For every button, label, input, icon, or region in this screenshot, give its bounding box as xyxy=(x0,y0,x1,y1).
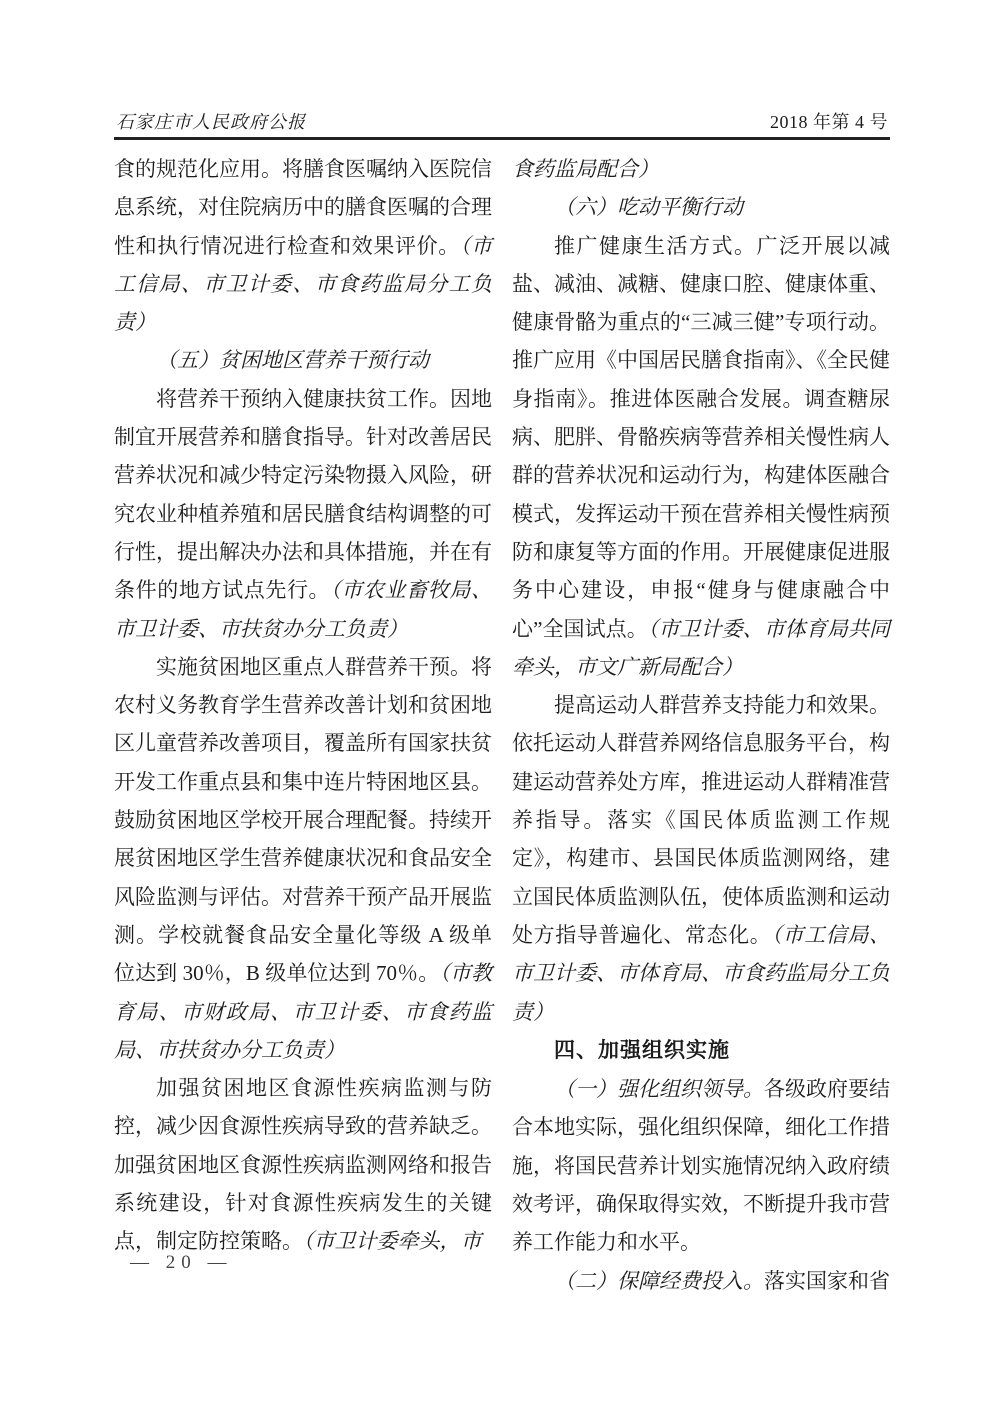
text-run-kai: （一）强化组织领导。 xyxy=(554,1077,764,1101)
page-number: — 20 — xyxy=(130,1252,233,1274)
page-header: 石家庄市人民政府公报 2018 年第 4 号 xyxy=(116,108,888,134)
paragraph: 食药监局配合） xyxy=(512,150,890,188)
text-columns: 食的规范化应用。将膳食医嘱纳入医院信息系统，对住院病历中的膳食医嘱的合理性和执行… xyxy=(114,150,890,1300)
paragraph: 实施贫困地区重点人群营养干预。将农村义务教育学生营养改善计划和贫困地区儿童营养改… xyxy=(114,648,492,1069)
text-run-song: 将营养干预纳入健康扶贫工作。因地制宜开展营养和膳食指导。针对改善居民营养状况和减… xyxy=(114,387,492,602)
section-heading: （五）贫困地区营养干预行动 xyxy=(114,341,492,379)
paragraph: 将营养干预纳入健康扶贫工作。因地制宜开展营养和膳食指导。针对改善居民营养状况和减… xyxy=(114,380,492,648)
paragraph: 推广健康生活方式。广泛开展以减盐、减油、减糖、健康口腔、健康体重、健康骨骼为重点… xyxy=(512,227,890,687)
paragraph: 食的规范化应用。将膳食医嘱纳入医院信息系统，对住院病历中的膳食医嘱的合理性和执行… xyxy=(114,150,492,341)
text-run-song: 加强贫困地区食源性疾病监测与防控，减少因食源性疾病导致的营养缺乏。加强贫困地区食… xyxy=(114,1076,492,1253)
column-right: 食药监局配合）（六）吃动平衡行动推广健康生活方式。广泛开展以减盐、减油、减糖、健… xyxy=(512,150,890,1300)
gazette-page: 石家庄市人民政府公报 2018 年第 4 号 食的规范化应用。将膳食医嘱纳入医院… xyxy=(0,0,1000,1414)
section-heading: （六）吃动平衡行动 xyxy=(512,188,890,226)
paragraph: 提高运动人群营养支持能力和效果。依托运动人群营养网络信息服务平台，构建运动营养处… xyxy=(512,686,890,1031)
paragraph: （一）强化组织领导。各级政府要结合本地实际，强化组织保障，细化工作措施，将国民营… xyxy=(512,1070,890,1261)
text-run-hei: 四、加强组织实施 xyxy=(554,1039,730,1062)
text-run-kai: （二）保障经费投入。 xyxy=(554,1269,764,1293)
chapter-heading: 四、加强组织实施 xyxy=(512,1031,890,1070)
column-left: 食的规范化应用。将膳食医嘱纳入医院信息系统，对住院病历中的膳食医嘱的合理性和执行… xyxy=(114,150,492,1300)
text-run-song: 各级政府要结合本地实际，强化组织保障，细化工作措施，将国民营养计划实施情况纳入政… xyxy=(512,1077,890,1254)
text-run-song: 推广健康生活方式。广泛开展以减盐、减油、减糖、健康口腔、健康体重、健康骨骼为重点… xyxy=(512,234,890,641)
text-run-song: 提高运动人群营养支持能力和效果。依托运动人群营养网络信息服务平台，构建运动营养处… xyxy=(512,693,890,947)
paragraph: 加强贫困地区食源性疾病监测与防控，减少因食源性疾病导致的营养缺乏。加强贫困地区食… xyxy=(114,1069,492,1260)
text-run-kai: （五）贫困地区营养干预行动 xyxy=(156,348,429,372)
paragraph: （二）保障经费投入。落实国家和省 xyxy=(512,1262,890,1300)
text-run-kai: 食药监局配合） xyxy=(512,157,659,181)
header-rule xyxy=(114,137,890,140)
publication-title: 石家庄市人民政府公报 xyxy=(116,108,306,134)
text-run-song: 食的规范化应用。将膳食医嘱纳入医院信息系统，对住院病历中的膳食医嘱的合理性和执行… xyxy=(114,157,492,258)
text-run-kai: （六）吃动平衡行动 xyxy=(554,195,743,219)
text-run-song: 实施贫困地区重点人群营养干预。将农村义务教育学生营养改善计划和贫困地区儿童营养改… xyxy=(114,655,492,985)
text-run-kai: （市卫计委牵头，市 xyxy=(303,1229,482,1253)
issue-number: 2018 年第 4 号 xyxy=(770,108,888,134)
text-run-song: 落实国家和省 xyxy=(764,1269,890,1293)
